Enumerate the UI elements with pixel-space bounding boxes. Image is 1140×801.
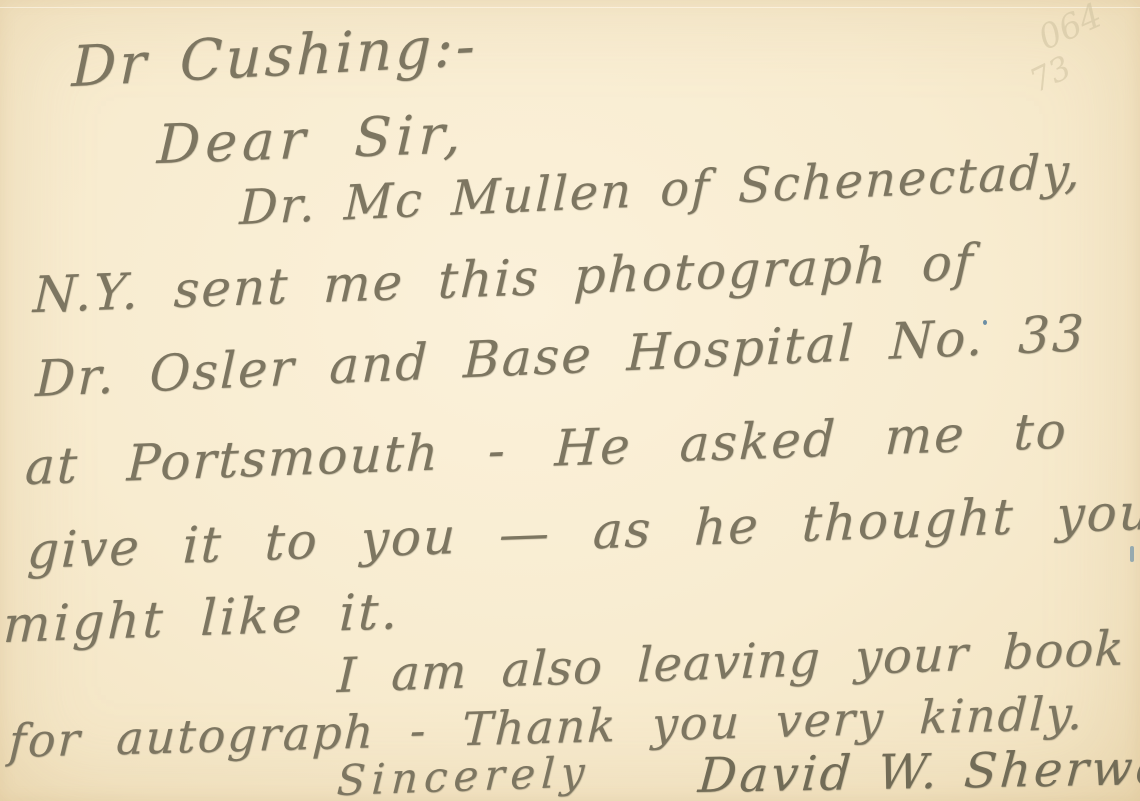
body-line-6: might like it.	[2, 586, 401, 650]
closing-line: Sincerely	[336, 751, 592, 801]
body-line-4: at Portsmouth - He asked me to	[24, 406, 1068, 493]
pencil-mark-bottom: 73	[1025, 51, 1076, 98]
letter-paper: 064 73 Dr Cushing:- Dear Sir, Dr. Mc Mul…	[0, 0, 1140, 801]
salutation-line: Dr Cushing:-	[71, 19, 478, 96]
body-line-5: give it to you — as he thought you	[26, 487, 1140, 576]
body-line-2: N.Y. sent me this photograph of	[32, 237, 975, 320]
pencil-mark-top: 064	[1034, 0, 1107, 56]
ink-speck	[1130, 546, 1134, 562]
greeting-line: Dear Sir,	[156, 107, 466, 172]
signature: David W. Sherwood	[697, 743, 1140, 800]
ink-speck	[983, 320, 987, 325]
body-line-3: Dr. Osler and Base Hospital No. 33	[35, 308, 1087, 404]
